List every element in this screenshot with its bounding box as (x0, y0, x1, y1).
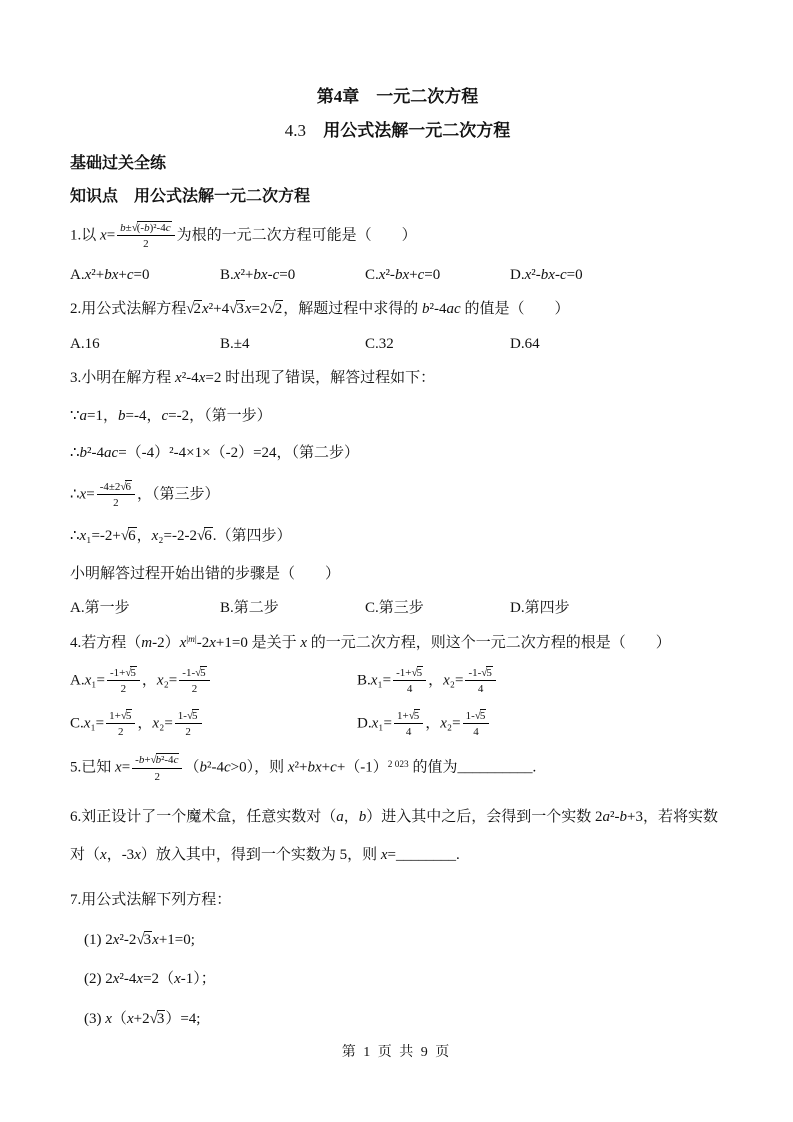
lesson-title: 4.3 用公式法解一元二次方程 (70, 118, 725, 144)
question-3-step-2: ∴b²-4ac=（-4）²-4×1×（-2）=24，（第二步） (70, 442, 725, 465)
question-7: 7.用公式法解下列方程： (1) 2x²-2√3x+1=0; (2) 2x²-4… (70, 889, 725, 1030)
question-7-part-2: (2) 2x²-4x=2（x-1）； (84, 968, 725, 991)
question-1-option-c: C.x²-bx+c=0 (365, 264, 510, 287)
question-3-followup: 小明解答过程开始出错的步骤是（ ） (70, 563, 725, 586)
question-4-options: A.x₁=-1+√52，x₂=-1-√52 B.x₁=-1+√54，x₂=-1-… (70, 666, 725, 739)
lesson-name: 用公式法解一元二次方程 (323, 121, 510, 140)
question-5: 5.已知 x=-b+√b²-4c2（b²-4c>0），则 x²+bx+c+（-1… (70, 753, 725, 784)
question-3-step-4: ∴x₁=-2+√6，x₂=-2-2√6.（第四步） (70, 525, 725, 548)
question-1-option-d: D.x²-bx-c=0 (510, 264, 725, 287)
question-3-option-b: B.第二步 (220, 597, 365, 620)
question-7-part-3: (3) x（x+2√3）=4; (84, 1008, 725, 1031)
question-2-option-a: A.16 (70, 333, 220, 356)
practice-heading: 基础过关全练 (70, 152, 725, 176)
question-1-options: A.x²+bx+c=0 B.x²+bx-c=0 C.x²-bx+c=0 D.x²… (70, 264, 725, 287)
question-2-option-d: D.64 (510, 333, 725, 356)
question-7-part-1: (1) 2x²-2√3x+1=0; (84, 929, 725, 952)
question-3-option-c: C.第三步 (365, 597, 510, 620)
page-footer: 第 1 页 共 9 页 (0, 1042, 793, 1063)
question-2-stem: 2.用公式法解方程√2x²+4√3x=2√2，解题过程中求得的 b²-4ac 的… (70, 298, 725, 321)
question-4-option-b: B.x₁=-1+√54，x₂=-1-√54 (357, 666, 725, 697)
question-2-option-b: B.±4 (220, 333, 365, 356)
question-6: 6.刘正设计了一个魔术盒，任意实数对（a，b）进入其中之后，会得到一个实数 2a… (70, 798, 725, 875)
question-3: 3.小明在解方程 x²-4x=2 时出现了错误，解答过程如下： ∵a=1，b=-… (70, 367, 725, 620)
question-1: 1.以 x=b±√(-b)²-4c2为根的一元二次方程可能是（ ） A.x²+b… (70, 221, 725, 286)
question-2-options: A.16 B.±4 C.32 D.64 (70, 333, 725, 356)
question-1-option-a: A.x²+bx+c=0 (70, 264, 220, 287)
question-4-option-c: C.x₁=1+√52，x₂=1-√52 (70, 709, 357, 740)
question-3-step-3: ∴x=-4±2√62，（第三步） (70, 480, 725, 511)
question-6-stem: 6.刘正设计了一个魔术盒，任意实数对（a，b）进入其中之后，会得到一个实数 2a… (70, 798, 725, 875)
question-4-option-a: A.x₁=-1+√52，x₂=-1-√52 (70, 666, 357, 697)
chapter-title: 第4章 一元二次方程 (70, 84, 725, 110)
worksheet-page: 第4章 一元二次方程 4.3 用公式法解一元二次方程 基础过关全练 知识点 用公… (0, 0, 793, 1122)
question-2-option-c: C.32 (365, 333, 510, 356)
question-1-stem: 1.以 x=b±√(-b)²-4c2为根的一元二次方程可能是（ ） (70, 221, 725, 252)
lesson-number: 4.3 (285, 121, 306, 140)
question-3-option-a: A.第一步 (70, 597, 220, 620)
question-1-option-b: B.x²+bx-c=0 (220, 264, 365, 287)
question-3-options: A.第一步 B.第二步 C.第三步 D.第四步 (70, 597, 725, 620)
question-4-option-d: D.x₁=1+√54，x₂=1-√54 (357, 709, 725, 740)
knowledge-point-heading: 知识点 用公式法解一元二次方程 (70, 185, 725, 209)
question-4-stem: 4.若方程（m-2）x|m|-2x+1=0 是关于 x 的一元二次方程，则这个一… (70, 632, 725, 655)
question-3-step-1: ∵a=1，b=-4，c=-2，（第一步） (70, 405, 725, 428)
question-7-stem: 7.用公式法解下列方程： (70, 889, 725, 912)
question-3-stem: 3.小明在解方程 x²-4x=2 时出现了错误，解答过程如下： (70, 367, 725, 390)
question-4: 4.若方程（m-2）x|m|-2x+1=0 是关于 x 的一元二次方程，则这个一… (70, 632, 725, 740)
question-5-stem: 5.已知 x=-b+√b²-4c2（b²-4c>0），则 x²+bx+c+（-1… (70, 753, 725, 784)
question-3-option-d: D.第四步 (510, 597, 725, 620)
question-2: 2.用公式法解方程√2x²+4√3x=2√2，解题过程中求得的 b²-4ac 的… (70, 298, 725, 355)
